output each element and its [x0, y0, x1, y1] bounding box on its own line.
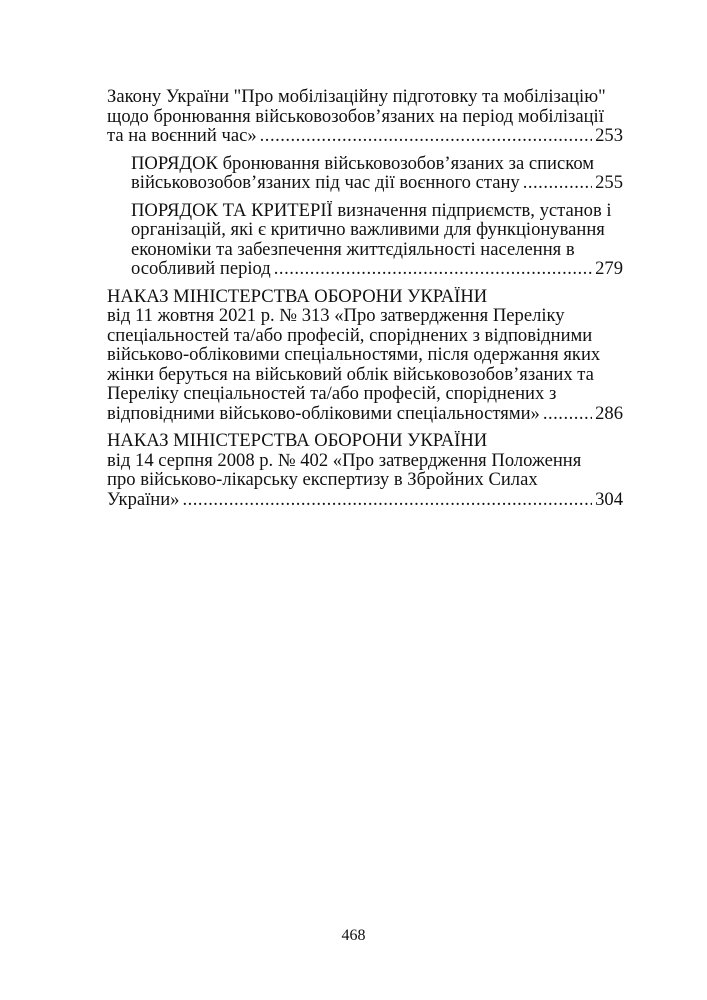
toc-line: жінки беруться на військовий облік війсь… — [107, 365, 623, 385]
dot-leader — [274, 259, 592, 279]
toc-page-number: 255 — [595, 173, 623, 193]
toc-leader-line: відповідними військово-обліковими спеціа… — [107, 404, 623, 424]
toc-line: особливий період — [131, 259, 271, 279]
toc-line: НАКАЗ МІНІСТЕРСТВА ОБОРОНИ УКРАЇНИ — [107, 287, 623, 307]
toc-leader-line: особливий період 279 — [131, 259, 623, 279]
toc-line: про військово-лікарську експертизу в Збр… — [107, 470, 623, 490]
toc-line: Переліку спеціальностей та/або професій,… — [107, 384, 623, 404]
toc-line: та на воєнний час» — [107, 126, 257, 146]
page-number: 468 — [0, 927, 707, 945]
dot-leader — [182, 490, 592, 510]
toc-page-number: 304 — [595, 490, 623, 510]
toc-line: ПОРЯДОК бронювання військовозобов’язаних… — [131, 154, 623, 174]
toc-entry-reservation-procedure: ПОРЯДОК бронювання військовозобов’язаних… — [107, 154, 623, 193]
toc-entry-order-313: НАКАЗ МІНІСТЕРСТВА ОБОРОНИ УКРАЇНИ від 1… — [107, 287, 623, 424]
toc-page-number: 286 — [595, 404, 623, 424]
toc-entry-criteria: ПОРЯДОК ТА КРИТЕРІЇ визначення підприємс… — [107, 201, 623, 279]
toc-leader-line: та на воєнний час» 253 — [107, 126, 623, 146]
toc-entry-law-mobilization: Закону України "Про мобілізаційну підгот… — [107, 87, 623, 146]
toc-line: економіки та забезпечення життєдіяльност… — [131, 240, 623, 260]
toc-page-number: 279 — [595, 259, 623, 279]
toc-line: спеціальностей та/або професій, спорідне… — [107, 326, 623, 346]
table-of-contents: Закону України "Про мобілізаційну підгот… — [107, 87, 623, 517]
toc-line: військово-обліковими спеціальностями, пі… — [107, 345, 623, 365]
dot-leader — [523, 173, 592, 193]
toc-line: від 14 серпня 2008 р. № 402 «Про затверд… — [107, 451, 623, 471]
toc-line: України» — [107, 490, 179, 510]
toc-line: Закону України "Про мобілізаційну підгот… — [107, 87, 623, 107]
toc-leader-line: України» 304 — [107, 490, 623, 510]
toc-entry-order-402: НАКАЗ МІНІСТЕРСТВА ОБОРОНИ УКРАЇНИ від 1… — [107, 431, 623, 509]
toc-line: відповідними військово-обліковими спеціа… — [107, 404, 540, 424]
toc-line: НАКАЗ МІНІСТЕРСТВА ОБОРОНИ УКРАЇНИ — [107, 431, 623, 451]
toc-page-number: 253 — [595, 126, 623, 146]
dot-leader — [260, 126, 592, 146]
dot-leader — [543, 404, 592, 424]
toc-line: від 11 жовтня 2021 р. № 313 «Про затверд… — [107, 306, 623, 326]
toc-line: організацій, які є критично важливими дл… — [131, 220, 623, 240]
toc-line: щодо бронювання військовозобов’язаних на… — [107, 107, 623, 127]
toc-line: військовозобов’язаних під час дії воєнно… — [131, 173, 520, 193]
toc-line: ПОРЯДОК ТА КРИТЕРІЇ визначення підприємс… — [131, 201, 623, 221]
toc-leader-line: військовозобов’язаних під час дії воєнно… — [131, 173, 623, 193]
